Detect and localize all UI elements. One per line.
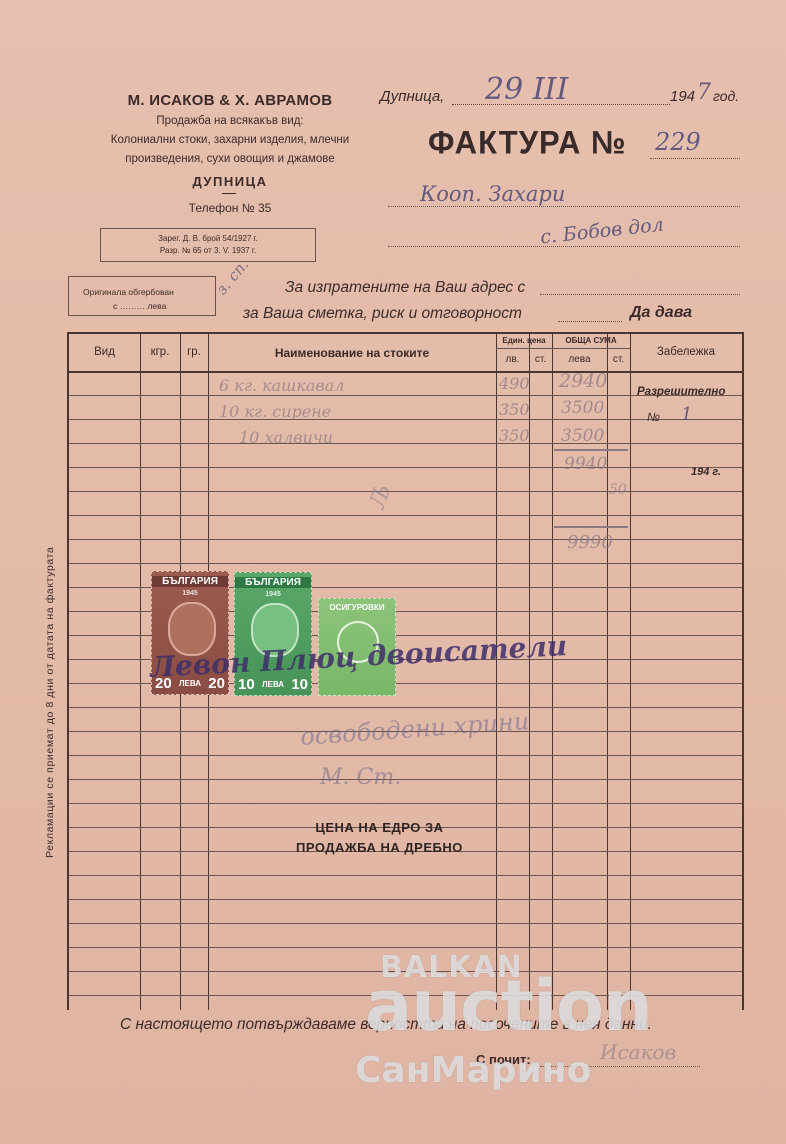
- watermark-auction: auction: [365, 965, 652, 1047]
- place-label: Дупница,: [380, 88, 444, 105]
- col-header-note: Забележка: [630, 346, 742, 358]
- row-line: [69, 803, 742, 804]
- col-divider: [496, 334, 497, 1010]
- col-header-unit-st: ст.: [529, 354, 552, 365]
- permit-number: 1: [681, 404, 692, 425]
- divider: [222, 193, 236, 194]
- row-line: [69, 563, 742, 564]
- row-line: [69, 539, 742, 540]
- item-row-2-total: 3500: [561, 398, 604, 418]
- stamp-country: БЪЛГАРИЯ: [235, 577, 311, 588]
- handwritten-date: 29 III: [485, 72, 568, 107]
- account-label: за Ваша сметка, риск и отговорност: [243, 305, 522, 323]
- row-line: [69, 947, 742, 948]
- col-header-total-st: ст.: [607, 354, 630, 365]
- company-name: М. ИСАКОВ & Х. АВРАМОВ: [100, 92, 360, 109]
- complaints-note: Рекламации се приемат до 8 дни от датата…: [44, 547, 56, 858]
- row-line: [69, 875, 742, 876]
- item-row-2-name: 10 кг. сирене: [219, 402, 331, 421]
- permit-number-label: №: [647, 410, 660, 424]
- recipient-name: Кооп. Захари: [420, 182, 565, 206]
- row-line: [69, 779, 742, 780]
- row-line: [69, 491, 742, 492]
- recipient-line-1: [388, 206, 740, 207]
- row-line: [69, 467, 742, 468]
- col-divider: [140, 334, 141, 1010]
- header-subdivider: [496, 348, 630, 349]
- item-row-1-total: 2940: [559, 370, 607, 392]
- col-header-unit-price: Един. цена: [496, 336, 552, 345]
- sent-fill-line: [540, 294, 740, 295]
- col-header-name: Наименование на стоките: [208, 346, 496, 360]
- da-dava-label: Да дава: [630, 304, 692, 322]
- original-label: Оригинала обгербован: [83, 287, 174, 297]
- item-row-2-unit: 350: [499, 400, 530, 419]
- row-line: [69, 515, 742, 516]
- row-line: [69, 755, 742, 756]
- item-row-3-total: 3500: [561, 426, 604, 446]
- watermark-sanmarino: СанМарино: [355, 1050, 591, 1091]
- header-bottom-line: [69, 371, 742, 373]
- col-header-kgr: кгр.: [140, 346, 180, 358]
- pencil-scribble: Љ: [365, 481, 397, 512]
- year-suffix: год.: [713, 88, 739, 104]
- registration-line-1: Зарег. Д. В. брой 54/1927 г.: [101, 234, 315, 243]
- col-header-gr: гр.: [180, 346, 208, 358]
- pencil-signature: М. Ст.: [320, 765, 401, 790]
- rubber-stamp: ЦЕНА НА ЕДРО ЗА ПРОДАЖБА НА ДРЕБНО: [296, 818, 463, 858]
- company-city: ДУПНИЦА: [100, 174, 360, 189]
- col-divider: [607, 334, 608, 1010]
- item-row-3-unit: 350: [499, 426, 530, 445]
- registration-line-2: Разр. № 65 от 3. V. 1937 г.: [101, 246, 315, 255]
- company-line-3: произведения, сухи овощия и джамове: [70, 153, 390, 165]
- col-header-total: ОБЩА СУМА: [552, 336, 630, 345]
- row-line: [69, 419, 742, 420]
- col-header-vid: Вид: [69, 346, 140, 358]
- invoice-number: 229: [655, 128, 701, 156]
- company-phone: Телефон № 35: [100, 201, 360, 215]
- account-fill-line: [558, 321, 622, 322]
- company-line-1: Продажба на всякакъв вид:: [70, 115, 390, 127]
- permit-label: Разрешително: [637, 386, 725, 398]
- item-row-1-unit: 490: [499, 374, 530, 393]
- year-prefix: 194: [670, 88, 695, 105]
- handwritten-scribble: з. сп.: [212, 256, 252, 299]
- original-value: с ……… лева: [113, 301, 166, 311]
- permit-year: 194 г.: [691, 466, 721, 478]
- row-line: [69, 899, 742, 900]
- original-stamp-box: Оригинала обгербован с ……… лева: [68, 276, 216, 316]
- invoice-title: ФАКТУРА №: [428, 124, 627, 162]
- col-header-total-lv: лева: [552, 354, 607, 365]
- grand-total: 9990: [567, 532, 613, 553]
- stamp-years: 1945: [152, 590, 228, 597]
- sent-label: За изпратените на Ваш адрес с: [285, 279, 525, 297]
- sum-underline: [554, 449, 628, 451]
- handwritten-year: 7: [697, 80, 711, 105]
- stamp-years: 1945: [235, 591, 311, 598]
- recipient-address: с. Бобов дол: [539, 214, 664, 249]
- row-line: [69, 707, 742, 708]
- registration-box: Зарег. Д. В. брой 54/1927 г. Разр. № 65 …: [100, 228, 316, 262]
- row-line: [69, 443, 742, 444]
- col-header-unit-lv: лв.: [496, 354, 529, 365]
- subtotal: 9940: [564, 454, 607, 474]
- col-divider: [630, 334, 631, 1010]
- stamp-title: ОСИГУРОВКИ: [319, 603, 395, 612]
- rubber-stamp-line-2: ПРОДАЖБА НА ДРЕБНО: [296, 838, 463, 858]
- col-divider: [552, 334, 553, 1010]
- invoice-paper: М. ИСАКОВ & Х. АВРАМОВ Продажба на всяка…: [0, 0, 786, 1144]
- rubber-stamp-line-1: ЦЕНА НА ЕДРО ЗА: [296, 818, 463, 838]
- total-underline: [554, 526, 628, 528]
- item-row-3-name: 10 халвичи: [239, 428, 333, 447]
- row-line: [69, 923, 742, 924]
- number-fill-line: [650, 158, 740, 159]
- deduction: 50: [609, 482, 627, 498]
- item-row-1-name: 6 кг. кашкавал: [219, 376, 344, 395]
- company-line-2: Колониални стоки, захарни изделия, млечн…: [70, 134, 390, 146]
- stamp-country: БЪЛГАРИЯ: [152, 576, 228, 587]
- recipient-line-2: [388, 246, 740, 247]
